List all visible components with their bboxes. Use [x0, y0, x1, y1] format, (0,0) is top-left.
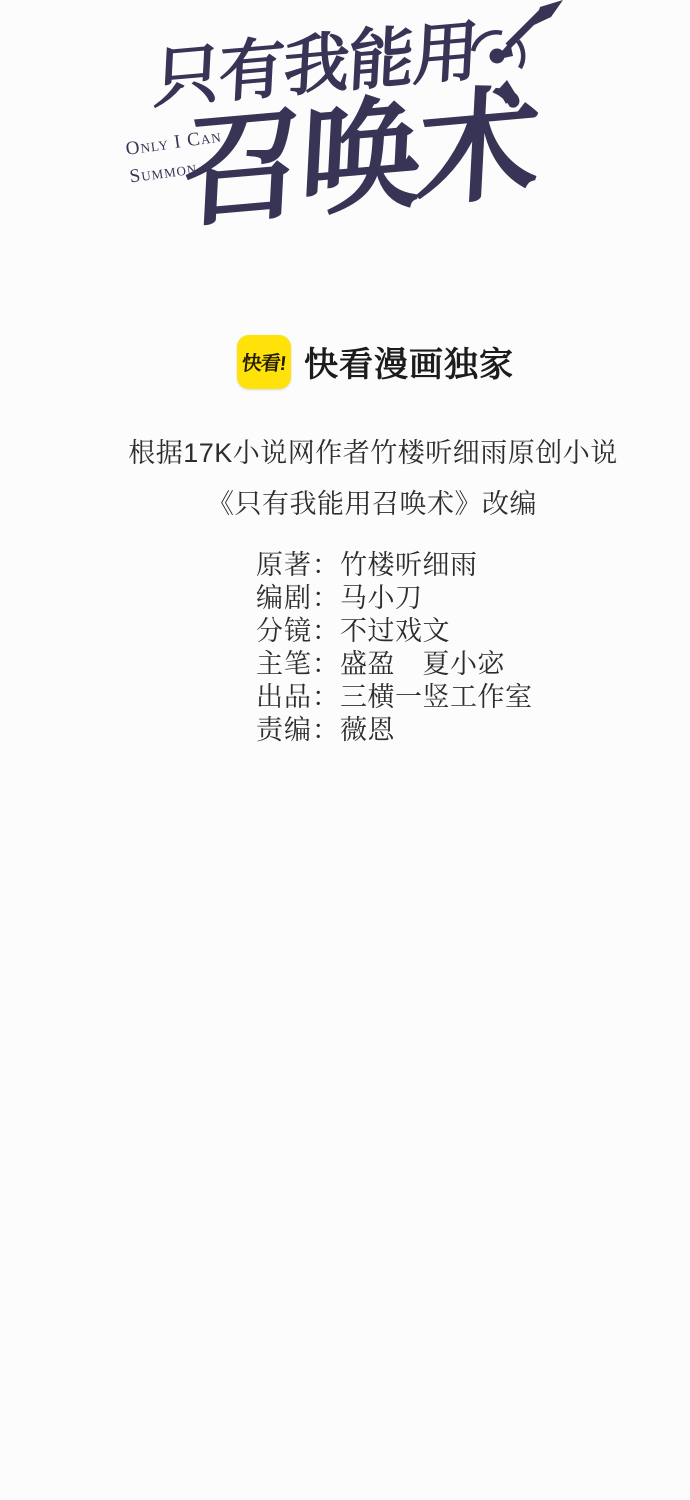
credit-label: 编剧： [256, 583, 340, 613]
credit-value: 薇恩 [340, 715, 395, 745]
title-logo: 只有我能用 召唤术 Only I Can Summon [0, 0, 690, 260]
comic-title-page: 只有我能用 召唤术 Only I Can Summon 快看! 快看漫画独家 根 [0, 0, 690, 1500]
credit-value: 马小刀 [340, 583, 423, 613]
credit-value: 不过戏文 [340, 616, 450, 646]
credits-list: 原著：竹楼听细雨 编剧：马小刀 分镜：不过戏文 主笔：盛盈 夏小宓 出品：三横一… [256, 549, 533, 747]
brush-arrow-icon [450, 0, 570, 110]
publisher-label: 快看漫画独家 [304, 337, 514, 386]
credit-row-producer: 出品：三横一竖工作室 [256, 681, 533, 714]
credit-label: 主笔： [256, 649, 340, 679]
credit-label: 责编： [256, 715, 340, 745]
credit-value: 竹楼听细雨 [340, 550, 478, 580]
credit-row-original-author: 原著：竹楼听细雨 [256, 549, 533, 582]
credit-row-lead-artist: 主笔：盛盈 夏小宓 [256, 648, 533, 681]
adaptation-title-line: 《只有我能用召唤术》改编 [27, 482, 690, 521]
credit-value: 三横一竖工作室 [340, 682, 533, 712]
publisher-row: 快看! 快看漫画独家 [237, 333, 514, 390]
credit-row-screenwriter: 编剧：马小刀 [256, 582, 533, 615]
adaptation-source-line: 根据17K小说网作者竹楼听细雨原创小说 [28, 431, 690, 470]
credit-row-storyboard: 分镜：不过戏文 [256, 615, 533, 648]
credit-label: 分镜： [256, 616, 340, 646]
credit-label: 原著： [256, 550, 340, 580]
kuaikan-badge-text: 快看! [241, 347, 288, 376]
credit-value: 盛盈 夏小宓 [340, 649, 505, 679]
kuaikan-logo-icon: 快看! [237, 335, 291, 389]
credit-label: 出品： [256, 682, 340, 712]
credit-row-editor: 责编：薇恩 [256, 714, 533, 747]
